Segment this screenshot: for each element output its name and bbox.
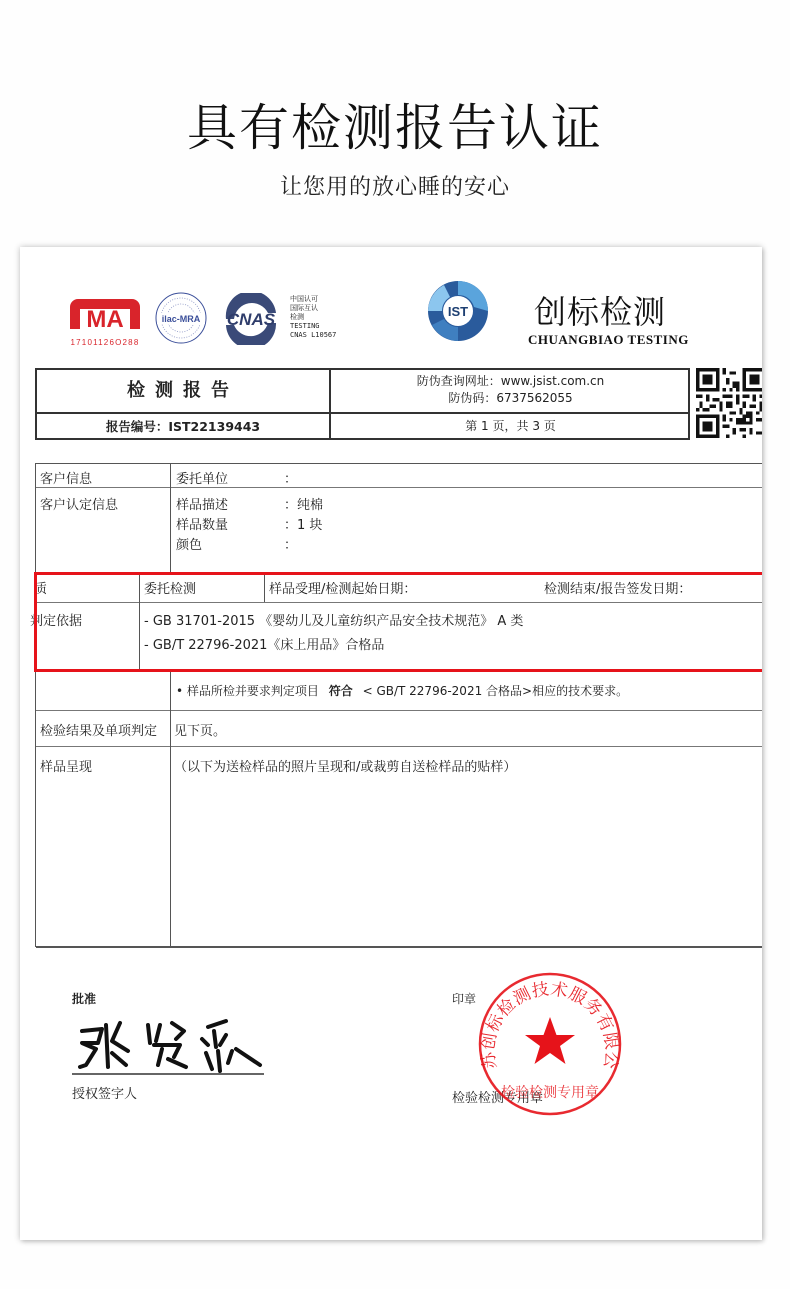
commissioning-unit-label: 委托单位 bbox=[176, 468, 228, 487]
ist-logo-icon: IST bbox=[424, 277, 492, 345]
sample-description-value: ：纯棉 bbox=[284, 494, 323, 513]
query-url[interactable]: 防伪查询网址：www.jsist.com.cn bbox=[331, 373, 690, 390]
conclusion-text: • 样品所检并要求判定项目 符合 < GB/T 22796-2021 合格品>相… bbox=[176, 682, 628, 699]
color-value: ： bbox=[284, 534, 297, 553]
official-seal-icon: 江苏创标检测技术服务有限公司 检验检测专用章 bbox=[475, 969, 625, 1119]
report-detail-table: 客户信息 委托单位 ： 客户认定信息 样品描述 ：纯棉 样品数量 ：1 块 颜色… bbox=[35, 463, 762, 947]
anti-fake-info: 防伪查询网址：www.jsist.com.cn 防伪码：6737562055 bbox=[331, 373, 690, 407]
commissioning-unit-value: ： bbox=[284, 468, 297, 487]
sample-quantity-value: ：1 块 bbox=[284, 514, 322, 533]
cnas-caption: 中国认可 国际互认 检测 TESTING CNAS L10567 bbox=[290, 295, 336, 340]
report-title: 检测报告 bbox=[37, 370, 329, 412]
svg-text:江苏创标检测技术服务有限公司: 江苏创标检测技术服务有限公司 bbox=[475, 969, 622, 1070]
cma-logo-icon: MA 17101126O288 bbox=[64, 291, 146, 349]
report-number: 报告编号：IST22139443 bbox=[37, 413, 329, 440]
handwritten-signature-icon bbox=[76, 1017, 266, 1075]
qr-code-icon[interactable] bbox=[696, 367, 762, 439]
sample-presentation-value: （以下为送检样品的照片呈现和/或裁剪自送检样品的贴样） bbox=[174, 756, 516, 775]
highlight-box bbox=[34, 572, 762, 672]
svg-text:ilac-MRA: ilac-MRA bbox=[162, 314, 201, 324]
cnas-logo-icon: CNAS bbox=[218, 293, 284, 345]
sample-quantity-label: 样品数量 bbox=[176, 514, 228, 533]
approve-label: 批准 bbox=[72, 990, 96, 1007]
seal-label: 印章 bbox=[452, 990, 476, 1007]
color-label: 颜色 bbox=[176, 534, 202, 553]
test-report-document: MA 17101126O288 ilac-MRA CNAS 中国认可 国际互认 … bbox=[20, 247, 762, 1240]
page-info: 第 1 页，共 3 页 bbox=[331, 413, 690, 440]
client-confirmed-info-label: 客户认定信息 bbox=[40, 494, 118, 513]
svg-text:17101126O288: 17101126O288 bbox=[71, 338, 140, 347]
signer-role: 授权签字人 bbox=[72, 1083, 137, 1102]
anti-fake-code: 防伪码：6737562055 bbox=[331, 390, 690, 407]
svg-text:检验检测专用章: 检验检测专用章 bbox=[501, 1084, 599, 1101]
hero-subtitle: 让您用的放心睡的安心 bbox=[0, 170, 790, 201]
report-header-table: 检测报告 报告编号：IST22139443 防伪查询网址：www.jsist.c… bbox=[35, 368, 690, 440]
signature-line bbox=[72, 1073, 264, 1075]
results-label: 检验结果及单项判定 bbox=[40, 720, 157, 739]
svg-text:MA: MA bbox=[86, 306, 123, 333]
hero-title: 具有检测报告认证 bbox=[0, 88, 790, 160]
svg-text:IST: IST bbox=[448, 304, 468, 319]
brand-name-en: CHUANGBIAO TESTING bbox=[528, 332, 689, 348]
client-info-label: 客户信息 bbox=[40, 468, 92, 487]
sample-description-label: 样品描述 bbox=[176, 494, 228, 513]
ilac-mra-logo-icon: ilac-MRA bbox=[154, 291, 208, 345]
results-value[interactable]: 见下页。 bbox=[174, 720, 226, 739]
svg-text:CNAS: CNAS bbox=[227, 310, 276, 329]
sample-presentation-label: 样品呈现 bbox=[40, 756, 92, 775]
brand-name-cn: 创标检测 bbox=[534, 287, 666, 333]
